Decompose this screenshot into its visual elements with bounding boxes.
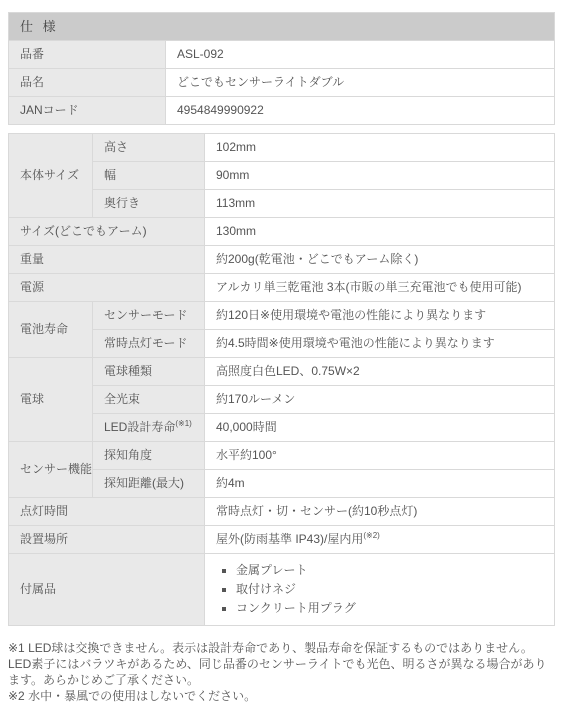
spec-table-details: 本体サイズ 高さ 102mm 幅 90mm 奥行き 113mm サイズ(どこでも… [8, 133, 555, 626]
spec-title-row: 仕 様 [9, 13, 555, 41]
row-label-detection-distance: 探知距離(最大) [93, 470, 205, 498]
row-value-jan-code: 4954849990922 [166, 97, 555, 125]
table-row: 本体サイズ 高さ 102mm [9, 134, 555, 162]
row-value-weight: 約200g(乾電池・どこでもアーム除く) [205, 246, 555, 274]
row-value-product-name: どこでもセンサーライトダブル [166, 69, 555, 97]
row-value-lighting-time: 常時点灯・切・センサー(約10秒点灯) [205, 498, 555, 526]
row-value-power-source: アルカリ単三乾電池 3本(市販の単三充電池でも使用可能) [205, 274, 555, 302]
installation-place-text: 屋外(防雨基準 IP43)/屋内用 [216, 532, 363, 546]
spec-table-title: 仕 様 [9, 13, 555, 41]
row-value-accessories: 金属プレート 取付けネジ コンクリート用プラグ [205, 554, 555, 626]
group-label-body-size: 本体サイズ [9, 134, 93, 218]
row-value-part-number: ASL-092 [166, 41, 555, 69]
row-value-arm-size: 130mm [205, 218, 555, 246]
row-label-led-design-life: LED設計寿命(※1) [93, 414, 205, 442]
footnote-1-continued: LED素子にはバラツキがあるため、同じ品番のセンサーライトでも光色、明るさが異な… [8, 656, 555, 688]
table-row: 品名 どこでもセンサーライトダブル [9, 69, 555, 97]
row-value-height: 102mm [205, 134, 555, 162]
note-ref-2: (※2) [363, 531, 379, 540]
row-label-bulb-type: 電球種類 [93, 358, 205, 386]
table-row: 品番 ASL-092 [9, 41, 555, 69]
row-label-jan-code: JANコード [9, 97, 166, 125]
row-label-width: 幅 [93, 162, 205, 190]
footnote-2: ※2 水中・暴風での使用はしないでください。 [8, 688, 555, 704]
footnote-1: ※1 LED球は交換できません。表示は設計寿命であり、製品寿命を保証するものでは… [8, 640, 555, 656]
led-design-life-text: LED設計寿命 [104, 420, 175, 434]
table-row: サイズ(どこでもアーム) 130mm [9, 218, 555, 246]
row-value-width: 90mm [205, 162, 555, 190]
row-label-constant-mode: 常時点灯モード [93, 330, 205, 358]
accessory-item-mounting-screw: 取付けネジ [236, 581, 543, 598]
row-label-accessories: 付属品 [9, 554, 205, 626]
spec-table-product: 仕 様 品番 ASL-092 品名 どこでもセンサーライトダブル JANコード … [8, 12, 555, 125]
table-row: 重量 約200g(乾電池・どこでもアーム除く) [9, 246, 555, 274]
group-label-battery-life: 電池寿命 [9, 302, 93, 358]
row-label-arm-size: サイズ(どこでもアーム) [9, 218, 205, 246]
row-label-weight: 重量 [9, 246, 205, 274]
accessory-item-concrete-plug: コンクリート用プラグ [236, 600, 543, 617]
table-row: 設置場所 屋外(防雨基準 IP43)/屋内用(※2) [9, 526, 555, 554]
table-row: 電池寿命 センサーモード 約120日※使用環境や電池の性能により異なります [9, 302, 555, 330]
row-label-part-number: 品番 [9, 41, 166, 69]
spec-page: 仕 様 品番 ASL-092 品名 どこでもセンサーライトダブル JANコード … [0, 0, 563, 714]
footnotes: ※1 LED球は交換できません。表示は設計寿命であり、製品寿命を保証するものでは… [8, 640, 555, 704]
group-label-bulb: 電球 [9, 358, 93, 442]
row-value-sensor-mode: 約120日※使用環境や電池の性能により異なります [205, 302, 555, 330]
note-ref-1: (※1) [175, 419, 191, 428]
row-value-luminous-flux: 約170ルーメン [205, 386, 555, 414]
row-label-detection-angle: 探知角度 [93, 442, 205, 470]
row-label-lighting-time: 点灯時間 [9, 498, 205, 526]
table-row: 電球 電球種類 高照度白色LED、0.75W×2 [9, 358, 555, 386]
row-value-bulb-type: 高照度白色LED、0.75W×2 [205, 358, 555, 386]
table-row: 付属品 金属プレート 取付けネジ コンクリート用プラグ [9, 554, 555, 626]
row-value-detection-distance: 約4m [205, 470, 555, 498]
row-label-installation-place: 設置場所 [9, 526, 205, 554]
row-label-luminous-flux: 全光束 [93, 386, 205, 414]
table-row: 点灯時間 常時点灯・切・センサー(約10秒点灯) [9, 498, 555, 526]
table-row: JANコード 4954849990922 [9, 97, 555, 125]
accessories-list: 金属プレート 取付けネジ コンクリート用プラグ [216, 562, 543, 617]
row-value-led-design-life: 40,000時間 [205, 414, 555, 442]
row-label-height: 高さ [93, 134, 205, 162]
table-row: 電源 アルカリ単三乾電池 3本(市販の単三充電池でも使用可能) [9, 274, 555, 302]
row-label-depth: 奥行き [93, 190, 205, 218]
row-value-installation-place: 屋外(防雨基準 IP43)/屋内用(※2) [205, 526, 555, 554]
row-label-product-name: 品名 [9, 69, 166, 97]
group-label-sensor-function: センサー機能 [9, 442, 93, 498]
row-value-detection-angle: 水平約100° [205, 442, 555, 470]
row-value-depth: 113mm [205, 190, 555, 218]
row-label-sensor-mode: センサーモード [93, 302, 205, 330]
accessory-item-metal-plate: 金属プレート [236, 562, 543, 579]
row-value-constant-mode: 約4.5時間※使用環境や電池の性能により異なります [205, 330, 555, 358]
row-label-power-source: 電源 [9, 274, 205, 302]
table-row: センサー機能 探知角度 水平約100° [9, 442, 555, 470]
